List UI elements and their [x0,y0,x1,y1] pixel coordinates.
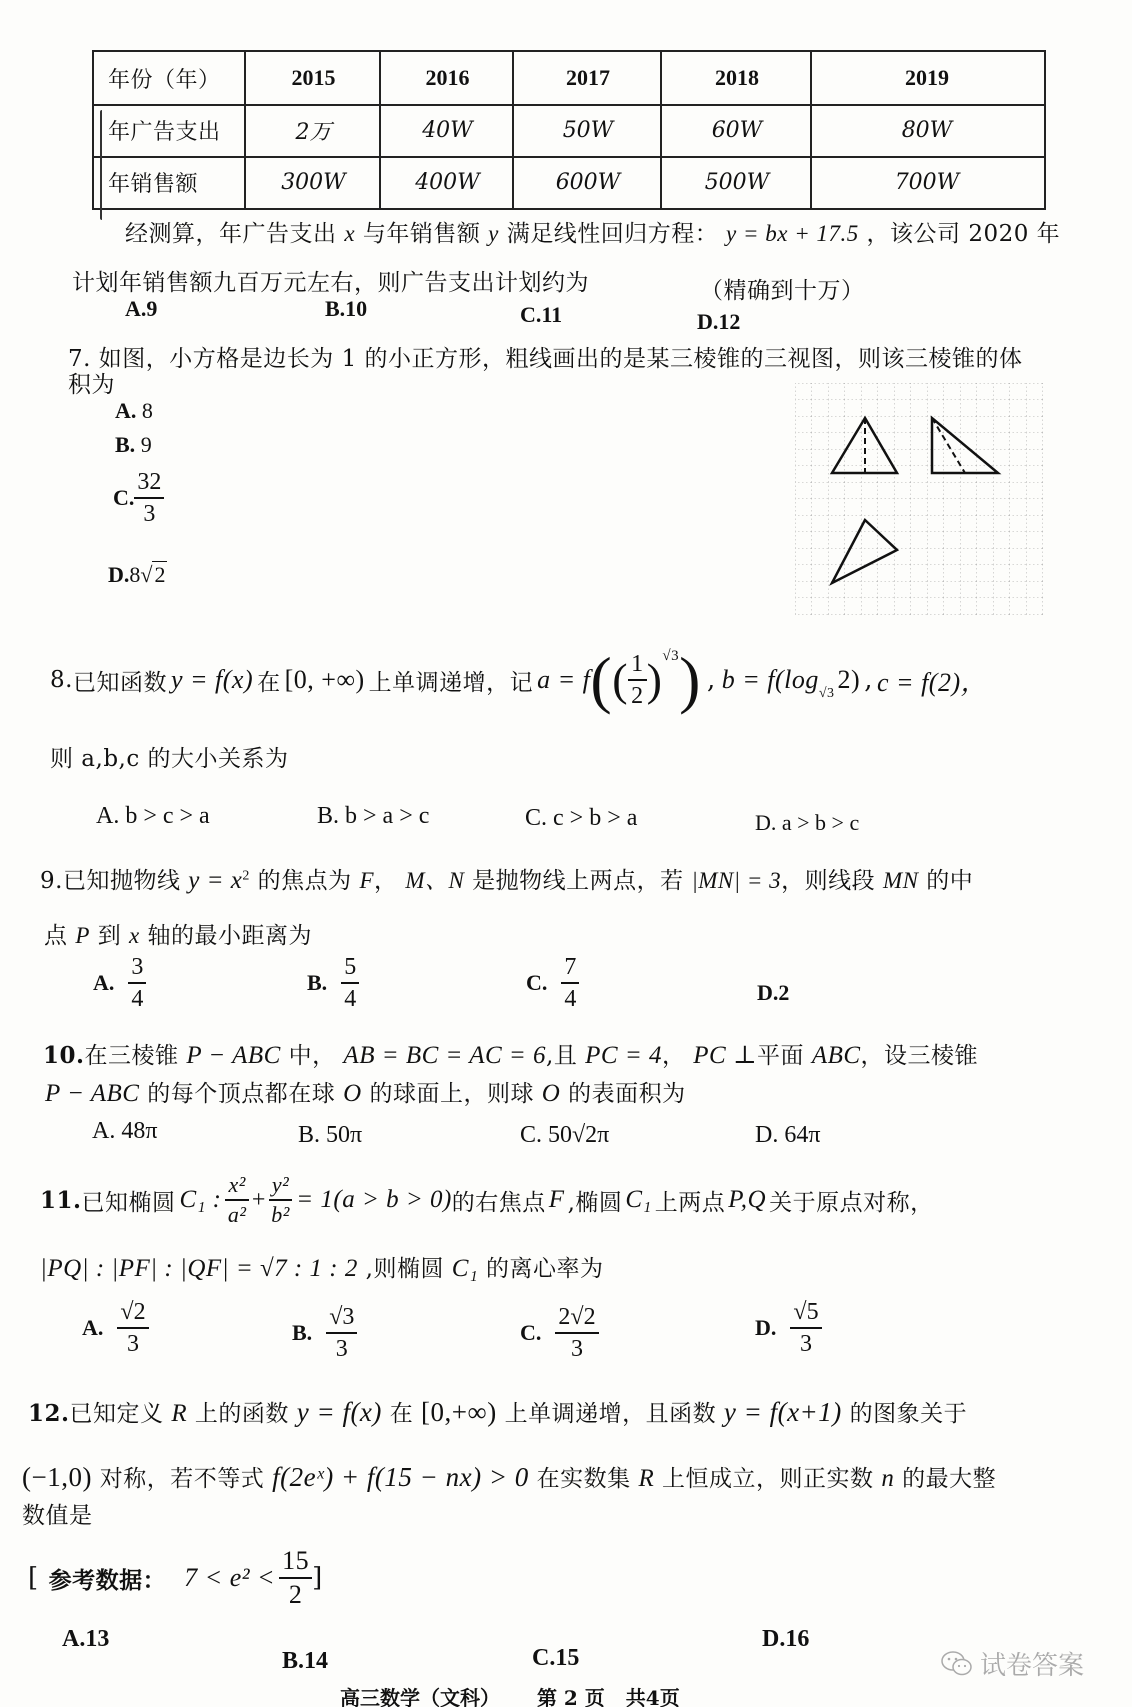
q7-option-b[interactable]: B. 9 [115,432,152,458]
question-number: 9. [40,868,63,894]
q7-stem-line2: 积为 [68,366,115,399]
option-value: 2 [778,980,789,1005]
q9-option-c[interactable]: C. 7 4 [526,955,579,1011]
math-expr: AB = BC = AC = 6 [343,1042,546,1069]
fraction: 7 4 [561,955,579,1011]
table-header-cell: 2019 [810,52,1042,104]
q10-option-d[interactable]: D. 64π [755,1122,820,1149]
denominator: a² [228,1201,247,1226]
math-expr: a = f [537,665,590,695]
q10-option-c[interactable]: C. 50√2π [520,1122,609,1149]
paren: ( [590,648,612,712]
table-cell: 500W [660,156,812,208]
q6-option-b[interactable]: B.10 [325,296,367,322]
text: 上单调递增，且函数 [505,1401,717,1427]
data-table: 年份（年） 2015 2016 2017 2018 2019 年广告支出 2万 … [92,50,1046,210]
table-row-label: 年销售额 [94,156,258,208]
fraction: 3 4 [128,955,146,1011]
table-cell: 600W [512,156,662,208]
text: 上的函数 [195,1401,289,1427]
text: 在 [257,664,281,697]
math-expr: 7 < e² < [184,1563,275,1593]
q6-option-d[interactable]: D.12 [697,309,740,335]
table-cell: 40W [379,104,514,156]
numerator: 3 [128,955,146,984]
math-var: O [343,1080,362,1107]
table-cell: 700W [810,156,1042,208]
option-value: 8 [142,398,153,423]
math-expr: PC ⊥ [693,1042,757,1069]
numerator: x² [225,1174,248,1201]
q8-stem-line2: 则 a,b,c 的大小关系为 [50,740,289,773]
text: 上单调递增，记 [369,664,534,697]
log-base: √3 [819,686,835,702]
three-view-drawing [795,383,1043,615]
math-var: C₁ [452,1255,478,1282]
table-row: 年销售额 300W 400W 600W 500W 700W [94,156,1044,208]
q6-option-a[interactable]: A.9 [125,296,157,322]
math-expr: b = f(log [722,665,819,695]
text: 点 [44,923,68,949]
pencil-mark [100,110,102,220]
math-var: R [171,1400,187,1427]
table-cell: 300W [244,156,381,208]
wechat-icon [940,1649,974,1679]
text: ,则椭圆 [366,1256,444,1282]
q12-stem-line2: (−1,0) 对称，若不等式 f(2eˣ) + f(15 − nx) > 0 在… [22,1460,996,1493]
denominator: 3 [571,1334,583,1361]
math-expr: C₁ : [180,1186,222,1214]
math-expr: f(2eˣ) + f(15 − nx) > 0 [272,1462,529,1492]
text: 的中 [926,868,973,894]
question-number: 11. [40,1187,82,1214]
math-var: y [488,221,499,246]
q12-option-c[interactable]: C.15 [532,1645,579,1672]
math-var: F [359,868,374,893]
text: 在实数集 [537,1466,631,1492]
text: 轴的最小距离为 [148,923,313,949]
q10-stem-line1: 10.在三棱锥 P − ABC 中， AB = BC = AC = 6,且 PC… [43,1037,978,1070]
regression-equation: y = bx + 17.5 [726,221,859,246]
text: 的每个顶点都在球 [147,1081,335,1107]
q11-option-c[interactable]: C. 2√2 3 [520,1305,599,1361]
math-var: M、N [405,868,464,893]
option-label: A. [82,1315,103,1341]
footer-page: 第 2 页 [537,1686,605,1707]
math-expr: 2) [838,665,861,695]
text: 满足线性回归方程： [507,221,719,247]
text: 在三棱锥 [85,1043,179,1069]
q8-stem-line1: 8. 已知函数 y = f(x) 在 [0, +∞) 上单调递增，记 a = f… [50,640,987,720]
numerator: y² [269,1174,292,1201]
text: 的右焦点 [452,1184,546,1217]
math-expr: ABC [812,1042,861,1069]
text: 已知函数 [73,664,167,697]
q6-note: （精确到十万） [700,272,865,305]
text: 的图象关于 [850,1401,968,1427]
page-footer: 高三数学（文科） 第 2 页 共4页 [340,1682,680,1707]
text: ,且 [546,1043,577,1069]
numerator: √2 [117,1300,148,1329]
text: 已知定义 [70,1401,164,1427]
fraction: 15 2 [279,1548,312,1608]
q11-option-a[interactable]: A. √2 3 [82,1300,149,1356]
fraction: √3 3 [326,1305,357,1361]
wechat-watermark: 试卷答案 [940,1645,1084,1682]
exponent: 2 [242,868,250,883]
fraction: √2 3 [117,1300,148,1356]
exponent: √3 [662,648,679,665]
q12-option-a[interactable]: A.13 [62,1626,109,1653]
math-var: MN [883,868,919,893]
paren: ) [647,657,663,703]
text: 的离心率为 [486,1256,604,1282]
table-header-cell: 2016 [379,52,514,104]
option-label: B. [307,970,327,996]
text: 平面 [757,1043,804,1069]
option-label: D. [755,1315,776,1341]
table-header-cell: 年份（年） [94,52,258,104]
paren: ( [612,657,628,703]
option-label: C. [113,485,134,511]
denominator: 2 [631,681,644,708]
text: ,椭圆 [568,1184,623,1217]
math-expr: (−1,0) [22,1462,92,1492]
denominator: 3 [127,1329,139,1356]
numerator: 2√2 [555,1305,598,1334]
question-number: 8. [50,667,73,693]
option-label: D. [757,980,778,1005]
fraction: y² b² [269,1174,292,1226]
option-value: 8 [129,562,140,587]
numerator: 7 [561,955,579,984]
option-label: A. [93,970,114,996]
q7-option-d[interactable]: D.8√2 [108,562,167,588]
q9-option-a[interactable]: A. 3 4 [93,955,146,1011]
q6-option-c[interactable]: C.11 [520,302,562,328]
text: 对称，若不等式 [100,1466,265,1492]
text: 在 [390,1401,414,1427]
math-expr: y = f(x) [171,665,253,695]
footer-total: 共4页 [626,1686,680,1707]
q8-option-d[interactable]: D. a > b > c [755,810,859,836]
text: 经测算，年广告支出 [125,221,337,247]
math-expr: [0, +∞) [285,665,365,695]
math-expr: |MN| = 3 [691,868,781,893]
fraction: 32 3 [134,470,164,526]
numerator: √5 [790,1300,821,1329]
numerator: √3 [326,1305,357,1334]
math-expr: y = f(x) [297,1397,382,1427]
option-label: C. [526,970,547,996]
math-var: n [881,1465,894,1492]
math-var: P [75,923,90,948]
fraction: 5 4 [341,955,359,1011]
denominator: 4 [344,984,356,1011]
table-row-label: 年广告支出 [94,104,258,156]
footer-subject: 高三数学（文科） [340,1686,500,1707]
math-expr: [0,+∞) [421,1397,497,1427]
option-label: B. [292,1320,312,1346]
text: 已知椭圆 [82,1184,176,1217]
denominator: 4 [131,984,143,1011]
option-label: B. [115,432,135,457]
q12-option-b[interactable]: B.14 [282,1648,328,1675]
text: 的焦点为 [258,868,352,894]
table-header-cell: 2017 [512,52,662,104]
math-var: x [129,923,140,948]
text: ， [374,868,398,894]
option-label: D. [108,562,129,587]
denominator: 3 [143,499,155,526]
q7-option-a[interactable]: A. 8 [115,398,153,424]
question-number: 10. [43,1042,85,1069]
paren: ) [679,648,701,712]
math-var: F [549,1186,565,1214]
math-var: O [542,1080,561,1107]
math-expr: c = f(2)， [877,662,987,699]
table-cell: 2万 [244,104,381,156]
numerator: 32 [134,470,164,499]
q12-option-d[interactable]: D.16 [762,1626,809,1653]
q11-option-d[interactable]: D. √5 3 [755,1300,822,1356]
q10-stem-line2: P − ABC 的每个顶点都在球 O 的球面上，则球 O 的表面积为 [45,1075,686,1108]
math-expr: = 1(a > b > 0) [296,1186,452,1214]
fraction: √5 3 [790,1300,821,1356]
q9-option-d[interactable]: D.2 [757,980,789,1006]
denominator: 3 [336,1334,348,1361]
table-cell: 60W [660,104,812,156]
text: 的球面上，则球 [369,1081,534,1107]
text: ， [662,1043,686,1069]
text: 上恒成立，则正实数 [662,1466,874,1492]
q7-stem-line1: 7. 如图，小方格是边长为 1 的小正方形，粗线画出的是某三棱锥的三视图，则该三… [68,340,1023,373]
table-row: 年广告支出 2万 40W 50W 60W 80W [94,104,1044,158]
math-expr: P − ABC [45,1080,139,1107]
q9-stem-line1: 9.已知抛物线 y = x2 的焦点为 F， M、N 是抛物线上两点，若 |MN… [40,862,973,895]
math-expr: P − ABC [186,1042,280,1069]
q7-option-c[interactable]: C. 32 3 [113,470,164,526]
text: ，则线段 [781,868,875,894]
q6-stem-line2: 计划年销售额九百万元左右，则广告支出计划约为 [72,264,589,297]
option-label: A. [115,398,136,423]
text: 与年销售额 [363,221,481,247]
table-cell: 50W [512,104,662,156]
math-expr: PC = 4 [585,1042,662,1069]
table-header-cell: 2015 [244,52,381,104]
text: 是抛物线上两点，若 [472,868,684,894]
numerator: 15 [279,1548,312,1579]
math-var: C₁ [625,1186,651,1214]
math-expr: y = f(x+1) [724,1397,842,1427]
text: ，设三棱锥 [861,1043,979,1069]
denominator: 3 [800,1329,812,1356]
text: 的最大整 [902,1466,996,1492]
math-var: x [344,221,355,246]
text: 已知抛物线 [63,868,181,894]
fraction: x² a² [225,1174,248,1226]
text: 如图，小方格是边长为 1 的小正方形，粗线画出的是某三棱锥的三视图，则该三棱锥的… [99,346,1023,372]
three-view-figure [795,383,1043,615]
numerator: 5 [341,955,359,984]
text: 关于原点对称， [769,1184,934,1217]
fraction: 2√2 3 [555,1305,598,1361]
q10-option-b[interactable]: B. 50π [298,1122,362,1149]
math-expr: |PQ| : |PF| : |QF| = √7 : 1 : 2 [40,1255,358,1282]
q12-stem-line1: 12.已知定义 R 上的函数 y = f(x) 在 [0,+∞) 上单调递增，且… [28,1395,967,1428]
text: 的表面积为 [568,1081,686,1107]
q9-option-b[interactable]: B. 5 4 [307,955,359,1011]
question-number: 12. [28,1400,70,1427]
q6-stem-line1: 经测算，年广告支出 x 与年销售额 y 满足线性回归方程： y = bx + 1… [125,215,1060,248]
text: 上两点 [655,1184,726,1217]
q9-stem-line2: 点 P 到 x 轴的最小距离为 [44,917,312,950]
q12-reference-data: [ 参考数据： 7 < e² < 15 2 ] [28,1548,323,1608]
q10-option-a[interactable]: A. 48π [92,1118,157,1145]
text: ，该公司 2020 年 [867,221,1061,247]
fraction: 1 2 [628,652,647,708]
q8-option-a[interactable]: A. b > c > a [96,803,210,830]
q8-option-c[interactable]: C. c > b > a [525,805,637,832]
option-label: C. [520,1320,541,1346]
denominator: 4 [564,984,576,1011]
table-header-row: 年份（年） 2015 2016 2017 2018 2019 [94,52,1044,106]
denominator: 2 [289,1579,303,1608]
q11-stem-line1: 11.已知椭圆 C₁ : x² a² + y² b² = 1(a > b > 0… [40,1160,934,1240]
numerator: 1 [628,652,647,681]
q11-stem-line2: |PQ| : |PF| : |QF| = √7 : 1 : 2 ,则椭圆 C₁ … [40,1250,603,1283]
q11-option-b[interactable]: B. √3 3 [292,1305,357,1361]
math-expr: y = x [188,867,242,894]
denominator: b² [271,1201,290,1226]
table-header-cell: 2018 [660,52,812,104]
sqrt: √2 [140,562,167,588]
reference-label: 参考数据： [49,1562,167,1595]
q12-stem-line3: 数值是 [22,1497,93,1530]
table-cell: 80W [810,104,1042,156]
math-var: R [638,1465,654,1492]
table-cell: 400W [379,156,514,208]
text: 中， [289,1043,336,1069]
math-var: P,Q [728,1186,766,1214]
text: 到 [98,923,122,949]
q8-option-b[interactable]: B. b > a > c [317,803,429,830]
radicand: 2 [152,561,167,587]
option-value: 9 [141,432,152,457]
watermark-text: 试卷答案 [980,1645,1084,1682]
